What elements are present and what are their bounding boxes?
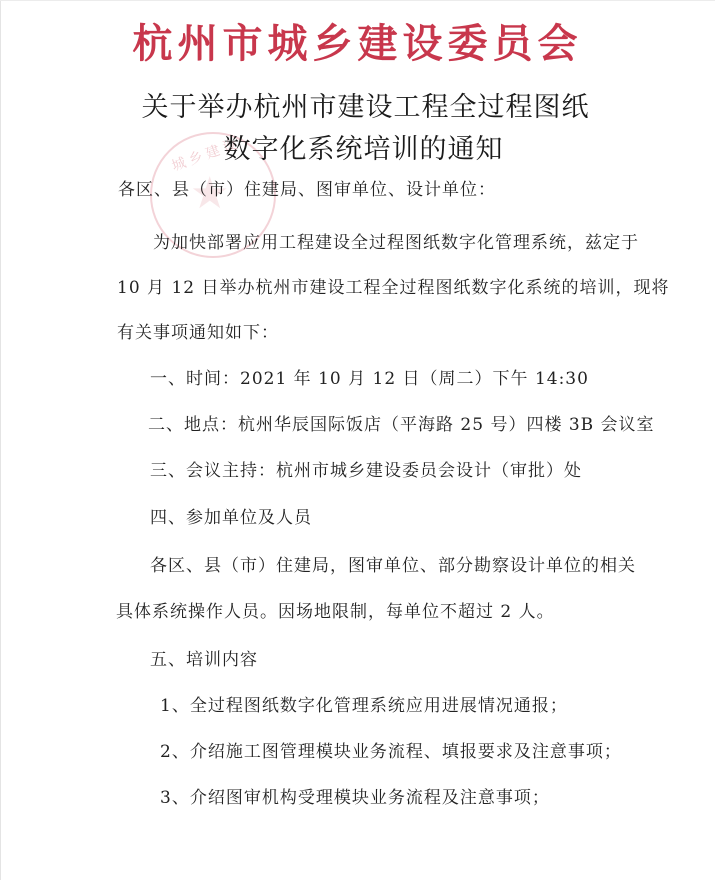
content-list-item-1: 1、全过程图纸数字化管理系统应用进展情况通报； bbox=[160, 694, 568, 718]
content-list-item-3: 3、介绍图审机构受理模块业务流程及注意事项； bbox=[160, 786, 550, 810]
page-top-edge bbox=[0, 0, 715, 1]
document-title-line-2: 数字化系统培训的通知 bbox=[6, 132, 715, 168]
item-place: 二、地点：杭州华辰国际饭店（平海路 25 号）四楼 3B 会议室 bbox=[148, 413, 655, 437]
intro-line-3: 有关事项通知如下： bbox=[117, 321, 279, 345]
content-list-item-2: 2、介绍施工图管理模块业务流程、填报要求及注意事项； bbox=[160, 740, 622, 764]
item-content-heading: 五、培训内容 bbox=[150, 648, 258, 672]
document-title-line-1: 关于举办杭州市建设工程全过程图纸 bbox=[8, 90, 715, 126]
letterhead: 杭州市城乡建设委员会 bbox=[0, 18, 715, 70]
page-left-edge bbox=[0, 0, 1, 880]
item-host: 三、会议主持：杭州市城乡建设委员会设计（审批）处 bbox=[150, 459, 582, 483]
intro-line-1: 为加快部署应用工程建设全过程图纸数字化管理系统，兹定于 bbox=[153, 231, 639, 255]
item-participants-heading: 四、参加单位及人员 bbox=[150, 506, 312, 530]
participants-line-1: 各区、县（市）住建局，图审单位、部分勘察设计单位的相关 bbox=[150, 554, 636, 578]
salutation: 各区、县（市）住建局、图审单位、设计单位： bbox=[118, 178, 496, 202]
item-time: 一、时间：2021 年 10 月 12 日（周二）下午 14:30 bbox=[150, 367, 589, 391]
participants-line-2: 具体系统操作人员。因场地限制，每单位不超过 2 人。 bbox=[116, 600, 555, 624]
intro-line-2: 10 月 12 日举办杭州市建设工程全过程图纸数字化系统的培训，现将 bbox=[117, 276, 669, 300]
